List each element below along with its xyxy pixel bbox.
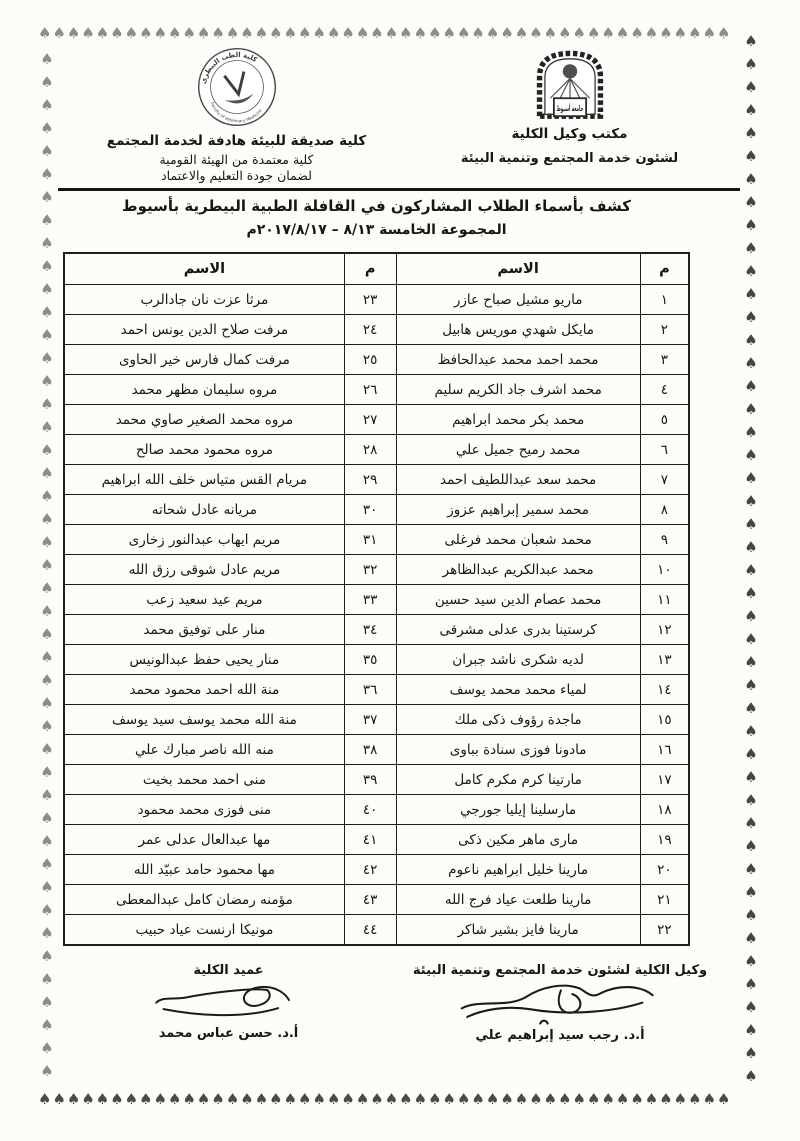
row-number-cell: ١٠ xyxy=(640,555,689,585)
table-row: ٢٢مارينا فايز بشير شاكر٤٤مونيكا ارنست عي… xyxy=(64,915,689,946)
student-name-cell: مرفت كمال فارس خير الحاوى xyxy=(64,345,344,375)
university-name-text: جامعة أسيوط xyxy=(556,103,583,113)
table-row: ١٧مارتينا كرم مكرم كامل٣٩منى احمد محمد ب… xyxy=(64,765,689,795)
dean-title: عميد الكلية xyxy=(126,963,331,978)
student-name-cell: محمد سعد عبداللطيف احمد xyxy=(396,465,640,495)
row-number-cell: ١١ xyxy=(640,585,689,615)
table-row: ٧محمد سعد عبداللطيف احمد٢٩مريام القس متي… xyxy=(64,465,689,495)
faculty-motto: كلية صديقة للبيئة هادفة لخدمة المجتمع xyxy=(107,133,366,149)
table-row: ١٩مارى ماهر مكين ذكى٤١مها عبدالعال عدلى … xyxy=(64,825,689,855)
office-title: مكتب وكيل الكلية xyxy=(512,126,628,142)
row-number-cell: ٢٦ xyxy=(344,375,396,405)
table-row: ١٦مادونا فوزى سنادة بباوى٣٨منه الله ناصر… xyxy=(64,735,689,765)
student-name-cell: منى احمد محمد بخيت xyxy=(64,765,344,795)
student-name-cell: محمد سمير إبراهيم عزوز xyxy=(396,495,640,525)
student-name-cell: محمد شعبان محمد فرغلى xyxy=(396,525,640,555)
row-number-cell: ١٩ xyxy=(640,825,689,855)
document-subtitle: المجموعة الخامسة ٨/١٣ – ٢٠١٧/٨/١٧م xyxy=(63,222,690,238)
accreditation-line2: لضمان جودة التعليم والاعتماد xyxy=(161,168,312,183)
table-row: ١١محمد عصام الدين سيد حسين٣٣مريم عيد سعي… xyxy=(64,585,689,615)
table-row: ١٣لديه شكرى ناشد جبران٣٥منار يحيى حفظ عب… xyxy=(64,645,689,675)
student-name-cell: مارى ماهر مكين ذكى xyxy=(396,825,640,855)
letterhead-left-block: كلية الطب البيطرى Faculty of Veterinary … xyxy=(70,46,403,183)
row-number-cell: ٣٠ xyxy=(344,495,396,525)
row-number-cell: ١٢ xyxy=(640,615,689,645)
row-number-cell: ٣٦ xyxy=(344,675,396,705)
student-name-cell: محمد رميح جميل علي xyxy=(396,435,640,465)
row-number-cell: ١٣ xyxy=(640,645,689,675)
header-divider xyxy=(58,188,740,191)
student-name-cell: مؤمنه رمضان كامل عبدالمعطى xyxy=(64,885,344,915)
row-number-cell: ٢١ xyxy=(640,885,689,915)
table-row: ٢مايكل شهدي موريس هابيل٢٤مرفت صلاح الدين… xyxy=(64,315,689,345)
row-number-cell: ٤٣ xyxy=(344,885,396,915)
student-name-cell: مريم عيد سعيد زعب xyxy=(64,585,344,615)
vice-dean-name: أ.د. رجب سيد إبراهيم علي xyxy=(400,1028,720,1043)
student-name-cell: محمد عبدالكريم عبدالظاهر xyxy=(396,555,640,585)
row-number-cell: ٢٨ xyxy=(344,435,396,465)
dean-signature-block: عميد الكلية أ.د. حسن عباس محمد xyxy=(126,963,331,1041)
row-number-cell: ٧ xyxy=(640,465,689,495)
veterinary-faculty-seal-icon: كلية الطب البيطرى Faculty of Veterinary … xyxy=(187,38,286,136)
tree-border-bottom: ♠♠♠♠♠♠♠♠♠♠♠♠♠♠♠♠♠♠♠♠♠♠♠♠♠♠♠♠♠♠♠♠♠♠♠♠♠♠♠♠… xyxy=(38,1092,738,1111)
student-name-cell: منى فوزى محمد محمود xyxy=(64,795,344,825)
student-name-cell: مريانه عادل شحاته xyxy=(64,495,344,525)
table-row: ١٥ماجدة رؤوف ذكى ملك٣٧منة الله محمد يوسف… xyxy=(64,705,689,735)
row-number-cell: ٢٩ xyxy=(344,465,396,495)
row-number-cell: ٦ xyxy=(640,435,689,465)
student-name-cell: لمياء محمد محمد يوسف xyxy=(396,675,640,705)
student-name-cell: منة الله محمد يوسف سيد يوسف xyxy=(64,705,344,735)
student-name-cell: مها محمود حامد عبيّد الله xyxy=(64,855,344,885)
title-block: كشف بأسماء الطلاب المشاركون في القافلة ا… xyxy=(63,197,690,238)
row-number-cell: ١٨ xyxy=(640,795,689,825)
assiut-university-emblem-icon: جامعة أسيوط xyxy=(527,46,613,120)
row-number-cell: ٣٩ xyxy=(344,765,396,795)
row-number-cell: ٤٤ xyxy=(344,915,396,946)
name-column-header: الاسم xyxy=(64,253,344,285)
table-row: ٤محمد اشرف جاد الكريم سليم٢٦مروه سليمان … xyxy=(64,375,689,405)
student-name-cell: محمد احمد محمد عبدالحافظ xyxy=(396,345,640,375)
table-row: ٣محمد احمد محمد عبدالحافظ٢٥مرفت كمال فار… xyxy=(64,345,689,375)
row-number-cell: ٤٠ xyxy=(344,795,396,825)
row-number-cell: ٣٣ xyxy=(344,585,396,615)
row-number-cell: ٤١ xyxy=(344,825,396,855)
row-number-cell: ٩ xyxy=(640,525,689,555)
table-row: ٢٠مارينا خليل ابراهيم ناعوم٤٢مها محمود ح… xyxy=(64,855,689,885)
student-name-cell: منة الله احمد محمود محمد xyxy=(64,675,344,705)
student-name-cell: لديه شكرى ناشد جبران xyxy=(396,645,640,675)
number-column-header: م xyxy=(640,253,689,285)
student-name-cell: مرفت صلاح الدين يونس احمد xyxy=(64,315,344,345)
student-name-cell: كرستينا بدرى عدلى مشرقى xyxy=(396,615,640,645)
student-name-cell: محمد اشرف جاد الكريم سليم xyxy=(396,375,640,405)
letterhead: كلية الطب البيطرى Faculty of Veterinary … xyxy=(70,46,736,183)
vice-dean-signature xyxy=(443,980,678,1032)
vice-dean-title: وكيل الكلية لشئون خدمة المجتمع وتنمية ال… xyxy=(400,963,720,978)
table-row: ١٨مارسلينا إيليا جورجي٤٠منى فوزى محمد مح… xyxy=(64,795,689,825)
student-name-cell: محمد بكر محمد ابراهيم xyxy=(396,405,640,435)
vice-dean-signature-block: وكيل الكلية لشئون خدمة المجتمع وتنمية ال… xyxy=(400,963,720,1043)
row-number-cell: ٢٣ xyxy=(344,285,396,315)
student-name-cell: مريم ايهاب عبدالنور زخارى xyxy=(64,525,344,555)
row-number-cell: ٣٨ xyxy=(344,735,396,765)
student-name-cell: مارسلينا إيليا جورجي xyxy=(396,795,640,825)
student-name-cell: منار على توفيق محمد xyxy=(64,615,344,645)
table-header-row: م الاسم م الاسم xyxy=(64,253,689,285)
row-number-cell: ٢٢ xyxy=(640,915,689,946)
row-number-cell: ٣٧ xyxy=(344,705,396,735)
student-name-cell: مايكل شهدي موريس هابيل xyxy=(396,315,640,345)
row-number-cell: ١ xyxy=(640,285,689,315)
row-number-cell: ٢٤ xyxy=(344,315,396,345)
student-name-cell: منار يحيى حفظ عبدالونيس xyxy=(64,645,344,675)
row-number-cell: ٢ xyxy=(640,315,689,345)
student-name-cell: مروه محمد الصغير صاوي محمد xyxy=(64,405,344,435)
row-number-cell: ٣١ xyxy=(344,525,396,555)
number-column-header: م xyxy=(344,253,396,285)
student-name-cell: ماجدة رؤوف ذكى ملك xyxy=(396,705,640,735)
tree-border-left: ♠♠♠♠♠♠♠♠♠♠♠♠♠♠♠♠♠♠♠♠♠♠♠♠♠♠♠♠♠♠♠♠♠♠♠♠♠♠♠♠… xyxy=(34,50,54,1088)
student-name-cell: منه الله ناصر مبارك علي xyxy=(64,735,344,765)
document-title: كشف بأسماء الطلاب المشاركون في القافلة ا… xyxy=(63,197,690,215)
scanned-document-page: ♠♠♠♠♠♠♠♠♠♠♠♠♠♠♠♠♠♠♠♠♠♠♠♠♠♠♠♠♠♠♠♠♠♠♠♠♠♠♠♠… xyxy=(0,0,800,1141)
student-name-cell: محمد عصام الدين سيد حسين xyxy=(396,585,640,615)
name-column-header: الاسم xyxy=(396,253,640,285)
table-row: ٨محمد سمير إبراهيم عزوز٣٠مريانه عادل شحا… xyxy=(64,495,689,525)
row-number-cell: ٣ xyxy=(640,345,689,375)
table-row: ٦محمد رميح جميل علي٢٨مروه محمود محمد صال… xyxy=(64,435,689,465)
row-number-cell: ٢٥ xyxy=(344,345,396,375)
student-name-cell: مونيكا ارنست عياد حبيب xyxy=(64,915,344,946)
student-name-cell: مريم عادل شوقى رزق الله xyxy=(64,555,344,585)
row-number-cell: ٢٠ xyxy=(640,855,689,885)
row-number-cell: ١٥ xyxy=(640,705,689,735)
student-name-cell: مرثا عزت نان جادالرب xyxy=(64,285,344,315)
row-number-cell: ٨ xyxy=(640,495,689,525)
office-subtitle: لشئون خدمة المجتمع وتنمية البيئة xyxy=(461,151,678,166)
student-name-cell: مارتينا كرم مكرم كامل xyxy=(396,765,640,795)
students-table: م الاسم م الاسم ١ماريو مشيل صباح عازر٢٣م… xyxy=(63,252,690,946)
row-number-cell: ٢٧ xyxy=(344,405,396,435)
accreditation-line1: كلية معتمدة من الهيئة القومية xyxy=(159,152,313,167)
table-row: ١٤لمياء محمد محمد يوسف٣٦منة الله احمد مح… xyxy=(64,675,689,705)
row-number-cell: ١٧ xyxy=(640,765,689,795)
student-name-cell: مارينا فايز بشير شاكر xyxy=(396,915,640,946)
table-row: ١ماريو مشيل صباح عازر٢٣مرثا عزت نان جادا… xyxy=(64,285,689,315)
row-number-cell: ١٤ xyxy=(640,675,689,705)
student-name-cell: ماريو مشيل صباح عازر xyxy=(396,285,640,315)
student-name-cell: مريام القس متياس خلف الله ابراهيم xyxy=(64,465,344,495)
row-number-cell: ٣٤ xyxy=(344,615,396,645)
row-number-cell: ٥ xyxy=(640,405,689,435)
student-name-cell: مادونا فوزى سنادة بباوى xyxy=(396,735,640,765)
sun-icon xyxy=(562,64,576,78)
row-number-cell: ٣٢ xyxy=(344,555,396,585)
dean-name: أ.د. حسن عباس محمد xyxy=(126,1026,331,1041)
tree-border-right: ♠♠♠♠♠♠♠♠♠♠♠♠♠♠♠♠♠♠♠♠♠♠♠♠♠♠♠♠♠♠♠♠♠♠♠♠♠♠♠♠… xyxy=(738,32,758,1088)
table-row: ٥محمد بكر محمد ابراهيم٢٧مروه محمد الصغير… xyxy=(64,405,689,435)
row-number-cell: ٤٢ xyxy=(344,855,396,885)
dean-signature xyxy=(143,980,315,1030)
table-row: ٩محمد شعبان محمد فرغلى٣١مريم ايهاب عبدال… xyxy=(64,525,689,555)
table-row: ٢١مارينا طلعت عياد فرج الله٤٣مؤمنه رمضان… xyxy=(64,885,689,915)
table-row: ١٠محمد عبدالكريم عبدالظاهر٣٢مريم عادل شو… xyxy=(64,555,689,585)
student-name-cell: مروه سليمان مظهر محمد xyxy=(64,375,344,405)
letterhead-right-block: جامعة أسيوط مكتب وكيل الكلية لشئون خدمة … xyxy=(403,46,736,183)
row-number-cell: ٣٥ xyxy=(344,645,396,675)
table-row: ١٢كرستينا بدرى عدلى مشرقى٣٤منار على توفي… xyxy=(64,615,689,645)
row-number-cell: ٤ xyxy=(640,375,689,405)
student-name-cell: مروه محمود محمد صالح xyxy=(64,435,344,465)
student-name-cell: مارينا خليل ابراهيم ناعوم xyxy=(396,855,640,885)
row-number-cell: ١٦ xyxy=(640,735,689,765)
student-name-cell: مارينا طلعت عياد فرج الله xyxy=(396,885,640,915)
student-name-cell: مها عبدالعال عدلى عمر xyxy=(64,825,344,855)
tree-border-top: ♠♠♠♠♠♠♠♠♠♠♠♠♠♠♠♠♠♠♠♠♠♠♠♠♠♠♠♠♠♠♠♠♠♠♠♠♠♠♠♠… xyxy=(38,26,738,45)
